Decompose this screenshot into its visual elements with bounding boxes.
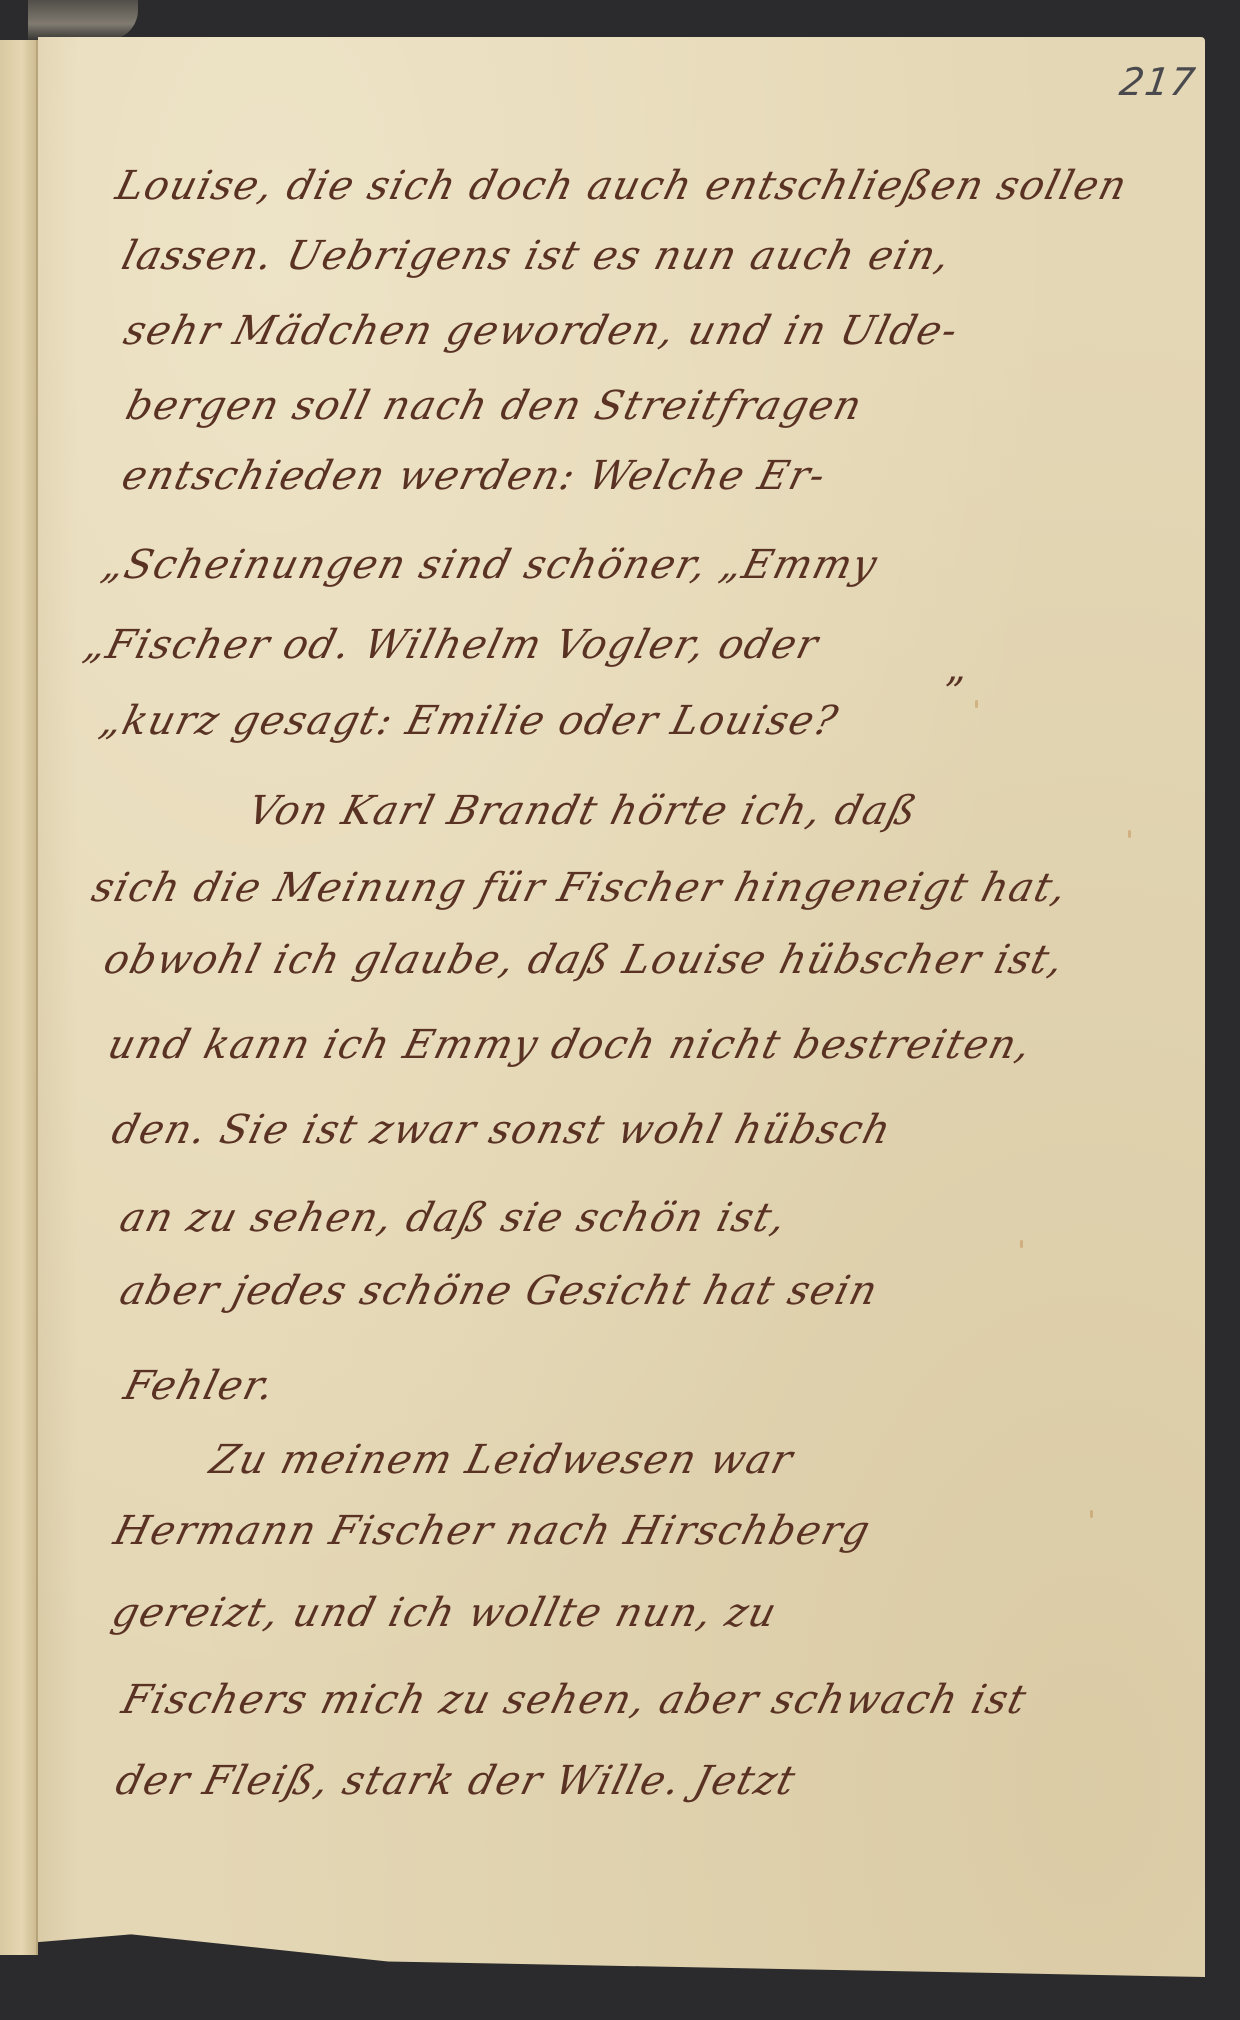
paper-fleck bbox=[975, 700, 978, 708]
margin-quote-mark: „ bbox=[945, 645, 966, 691]
text-line: gereizt, und ich wollte nun, zu bbox=[108, 1593, 781, 1633]
text-line: Louise, die sich doch auch entschließen … bbox=[112, 166, 1132, 206]
text-line: obwohl ich glaube, daß Louise hübscher i… bbox=[100, 940, 1069, 980]
text-line: an zu sehen, daß sie schön ist, bbox=[116, 1198, 791, 1238]
text-line: „Fischer od. Wilhelm Vogler, oder bbox=[80, 625, 823, 665]
previous-page-edge bbox=[0, 40, 38, 1955]
text-line: Zu meinem Leidwesen war bbox=[206, 1440, 798, 1480]
text-line: Hermann Fischer nach Hirschberg bbox=[110, 1511, 875, 1551]
text-line: „Scheinungen sind schöner, „Emmy bbox=[98, 545, 882, 585]
paper-fleck bbox=[1090, 1510, 1093, 1518]
book-binding bbox=[28, 0, 138, 40]
paper-fleck bbox=[1128, 830, 1131, 838]
text-line: und kann ich Emmy doch nicht bestreiten, bbox=[104, 1025, 1036, 1065]
text-line: der Fleiß, stark der Wille. Jetzt bbox=[112, 1761, 800, 1801]
text-line: sehr Mädchen geworden, und in Ulde- bbox=[120, 311, 963, 351]
text-line: Von Karl Brandt hörte ich, daß bbox=[244, 791, 922, 831]
text-line: entschieden werden: Welche Er- bbox=[118, 456, 830, 496]
text-line: sich die Meinung für Fischer hingeneigt … bbox=[88, 868, 1072, 908]
text-line: bergen soll nach den Streitfragen bbox=[122, 386, 867, 426]
text-line: den. Sie ist zwar sonst wohl hübsch bbox=[108, 1110, 896, 1150]
text-line: lassen. Uebrigens ist es nun auch ein, bbox=[118, 236, 955, 276]
paper-fleck bbox=[1020, 1240, 1023, 1248]
text-line: aber jedes schöne Gesicht hat sein bbox=[116, 1271, 883, 1311]
text-line: Fischers mich zu sehen, aber schwach ist bbox=[118, 1680, 1031, 1720]
folio-number: 217 bbox=[1117, 60, 1199, 104]
text-line: „kurz gesagt: Emilie oder Louise? bbox=[96, 701, 843, 741]
text-line: Fehler. bbox=[120, 1366, 279, 1406]
